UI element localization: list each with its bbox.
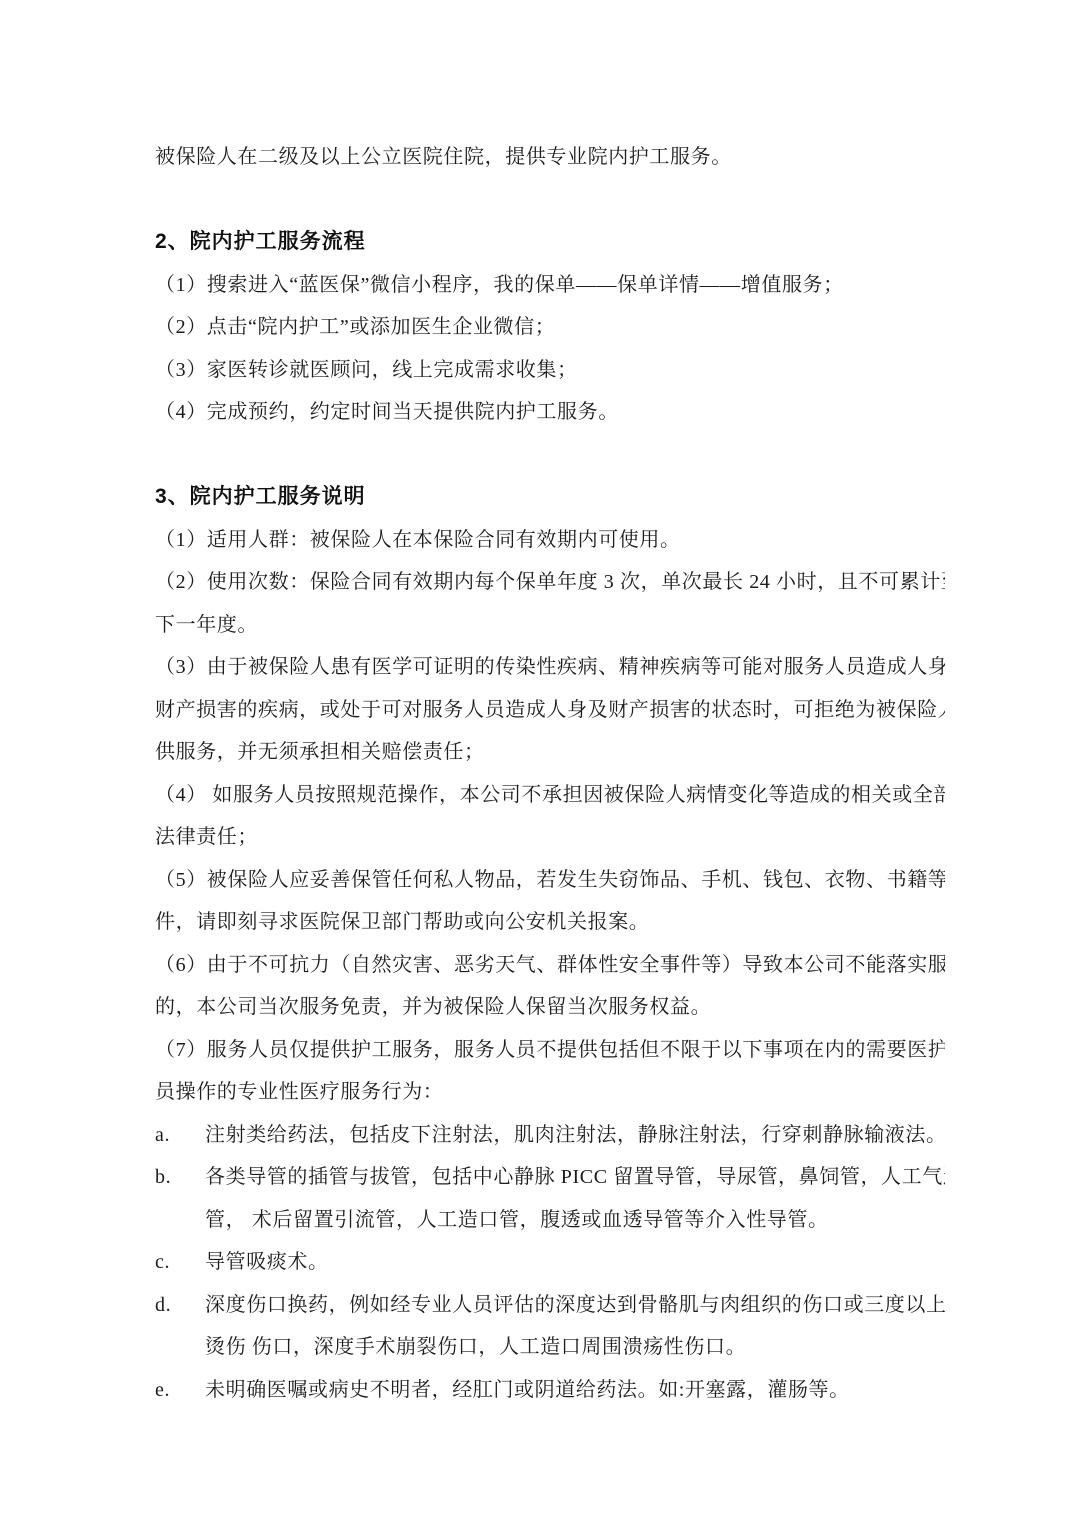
blank-line bbox=[155, 179, 945, 222]
list-item-line: c.导管吸痰术。 bbox=[155, 1241, 945, 1284]
list-item-line: e.未明确医嘱或病史不明者，经肛门或阴道给药法。如:开塞露，灌肠等。 bbox=[155, 1369, 945, 1412]
document-content: 被保险人在二级及以上公立医院住院，提供专业院内护工服务。2、院内护工服务流程（1… bbox=[155, 136, 945, 1411]
list-item-line: b.各类导管的插管与拔管，包括中心静脉 PICC 留置导管，导尿管，鼻饲管，人工… bbox=[155, 1156, 945, 1199]
list-marker: e. bbox=[155, 1369, 205, 1412]
paragraph-line: （7）服务人员仅提供护工服务，服务人员不提供包括但不限于以下事项在内的需要医护人 bbox=[155, 1029, 945, 1072]
section-heading: 2、院内护工服务流程 bbox=[155, 221, 945, 264]
paragraph-line: （1）适用人群：被保险人在本保险合同有效期内可使用。 bbox=[155, 519, 945, 562]
list-continuation-line: 管， 术后留置引流管，人工造口管，腹透或血透导管等介入性导管。 bbox=[155, 1199, 945, 1242]
list-item-text: 各类导管的插管与拔管，包括中心静脉 PICC 留置导管，导尿管，鼻饲管，人工气道… bbox=[205, 1166, 945, 1188]
paragraph-line: 法律责任； bbox=[155, 816, 945, 859]
list-item-text: 导管吸痰术。 bbox=[205, 1251, 329, 1273]
paragraph-line: （4） 如服务人员按照规范操作，本公司不承担因被保险人病情变化等造成的相关或全部… bbox=[155, 774, 945, 817]
paragraph-line: 下一年度。 bbox=[155, 604, 945, 647]
paragraph-line: 供服务，并无须承担相关赔偿责任； bbox=[155, 731, 945, 774]
paragraph-line: 财产损害的疾病，或处于可对服务人员造成人身及财产损害的状态时，可拒绝为被保险人提 bbox=[155, 689, 945, 732]
paragraph-line: （1）搜索进入“蓝医保”微信小程序，我的保单——保单详情——增值服务； bbox=[155, 264, 945, 307]
blank-line bbox=[155, 434, 945, 477]
paragraph-line: （5）被保险人应妥善保管任何私人物品，若发生失窃饰品、手机、钱包、衣物、书籍等事 bbox=[155, 859, 945, 902]
list-marker: b. bbox=[155, 1156, 205, 1199]
section-heading: 3、院内护工服务说明 bbox=[155, 476, 945, 519]
list-item-text: 深度伤口换药，例如经专业人员评估的深度达到骨骼肌与肉组织的伤口或三度以上烧伤 bbox=[205, 1294, 945, 1316]
paragraph-line: （3）家医转诊就医顾问，线上完成需求收集； bbox=[155, 349, 945, 392]
paragraph-line: （2）点击“院内护工”或添加医生企业微信； bbox=[155, 306, 945, 349]
paragraph-line: （2）使用次数：保险合同有效期内每个保单年度 3 次，单次最长 24 小时，且不… bbox=[155, 561, 945, 604]
list-item-line: d.深度伤口换药，例如经专业人员评估的深度达到骨骼肌与肉组织的伤口或三度以上烧伤 bbox=[155, 1284, 945, 1327]
paragraph-line: 被保险人在二级及以上公立医院住院，提供专业院内护工服务。 bbox=[155, 136, 945, 179]
list-item-line: a.注射类给药法，包括皮下注射法，肌肉注射法，静脉注射法，行穿刺静脉输液法。 bbox=[155, 1114, 945, 1157]
list-marker: c. bbox=[155, 1241, 205, 1284]
paragraph-line: 的，本公司当次服务免责，并为被保险人保留当次服务权益。 bbox=[155, 986, 945, 1029]
list-continuation-line: 烫伤 伤口，深度手术崩裂伤口，人工造口周围溃疡性伤口。 bbox=[155, 1326, 945, 1369]
document-page: 被保险人在二级及以上公立医院住院，提供专业院内护工服务。2、院内护工服务流程（1… bbox=[0, 0, 1080, 1527]
list-item-text: 未明确医嘱或病史不明者，经肛门或阴道给药法。如:开塞露，灌肠等。 bbox=[205, 1379, 850, 1401]
list-marker: a. bbox=[155, 1114, 205, 1157]
paragraph-line: 件，请即刻寻求医院保卫部门帮助或向公安机关报案。 bbox=[155, 901, 945, 944]
paragraph-line: 员操作的专业性医疗服务行为： bbox=[155, 1071, 945, 1114]
list-item-text: 注射类给药法，包括皮下注射法，肌肉注射法，静脉注射法，行穿刺静脉输液法。 bbox=[205, 1124, 945, 1146]
paragraph-line: （3）由于被保险人患有医学可证明的传染性疾病、精神疾病等可能对服务人员造成人身及 bbox=[155, 646, 945, 689]
paragraph-line: （6）由于不可抗力（自然灾害、恶劣天气、群体性安全事件等）导致本公司不能落实服务 bbox=[155, 944, 945, 987]
paragraph-line: （4）完成预约，约定时间当天提供院内护工服务。 bbox=[155, 391, 945, 434]
list-marker: d. bbox=[155, 1284, 205, 1327]
